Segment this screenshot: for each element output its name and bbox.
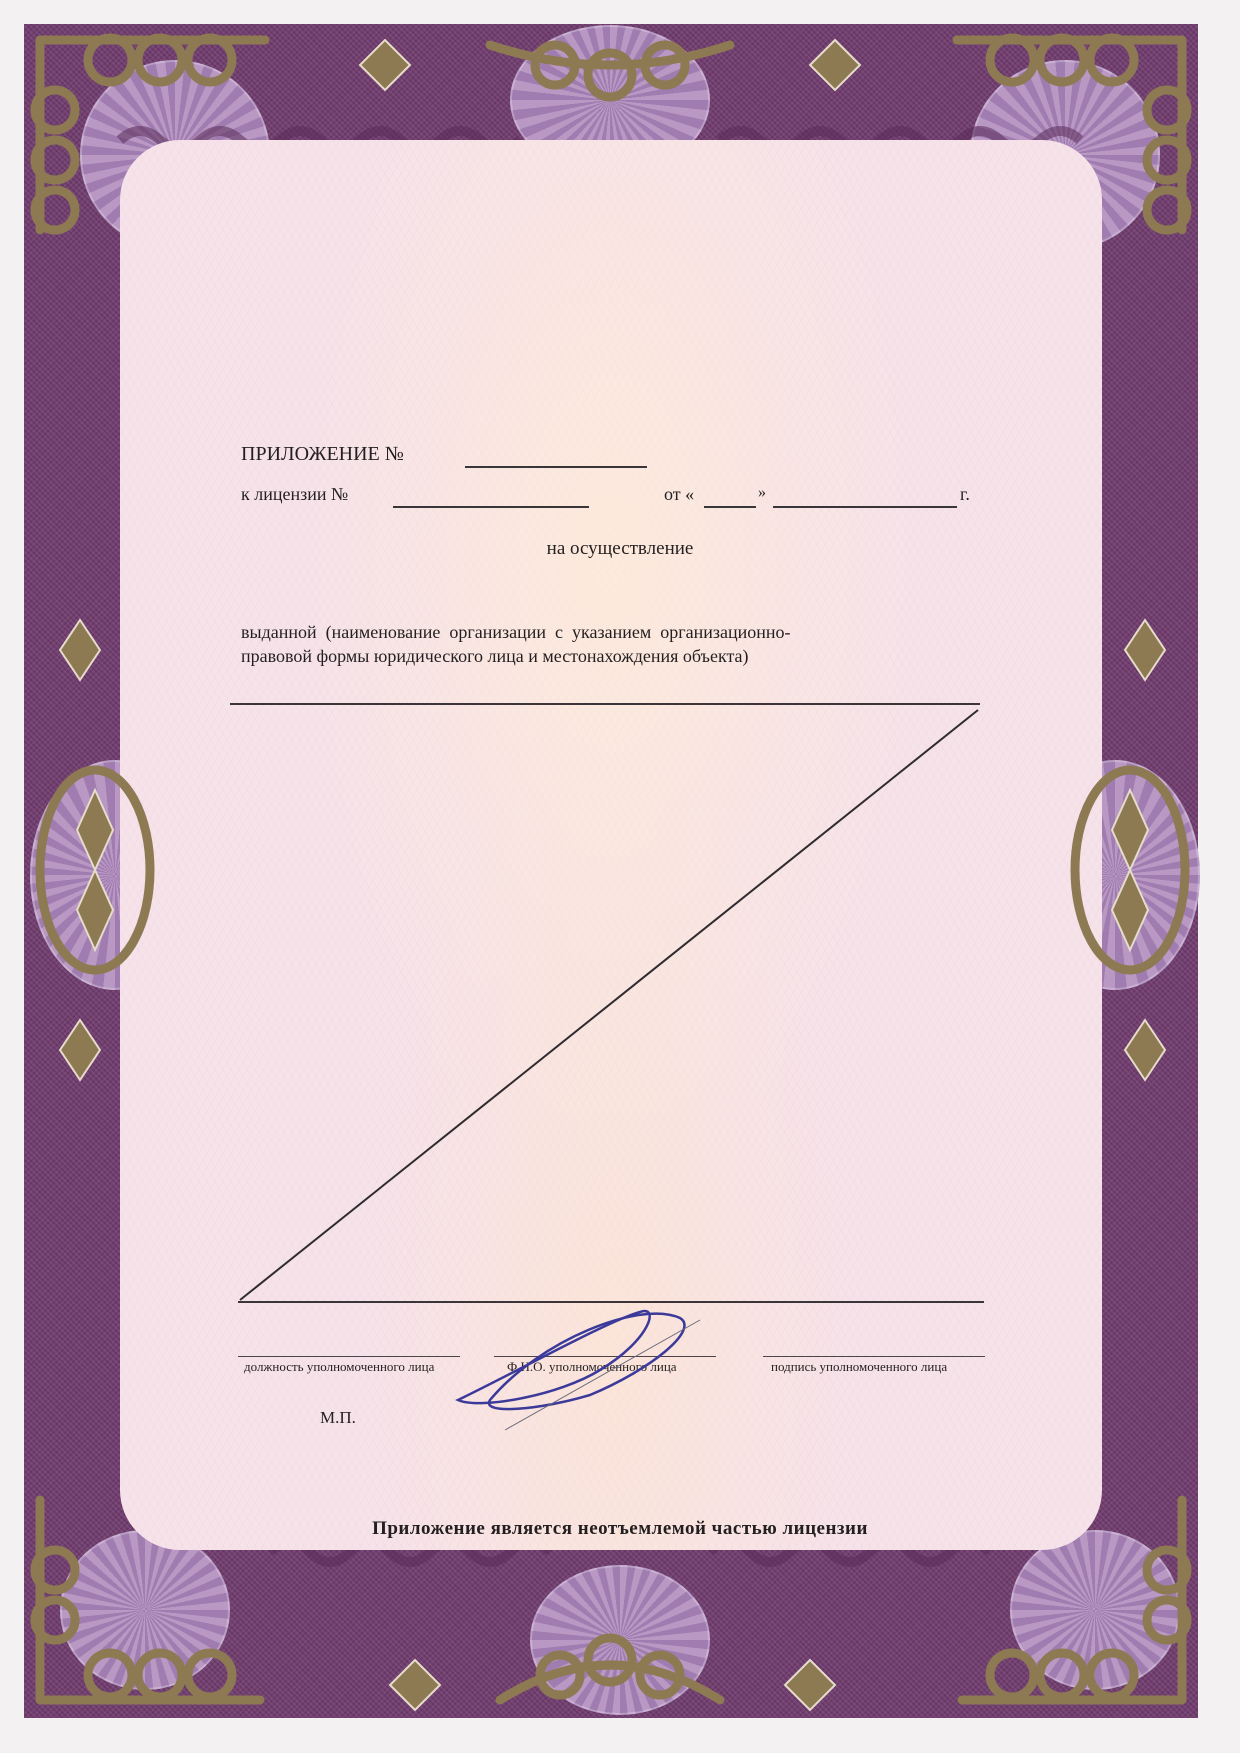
footer-note: Приложение является неотъемлемой частью … <box>0 1518 1240 1540</box>
handwritten-signature-icon <box>0 0 1240 1753</box>
seal-placeholder-label: М.П. <box>320 1408 356 1428</box>
